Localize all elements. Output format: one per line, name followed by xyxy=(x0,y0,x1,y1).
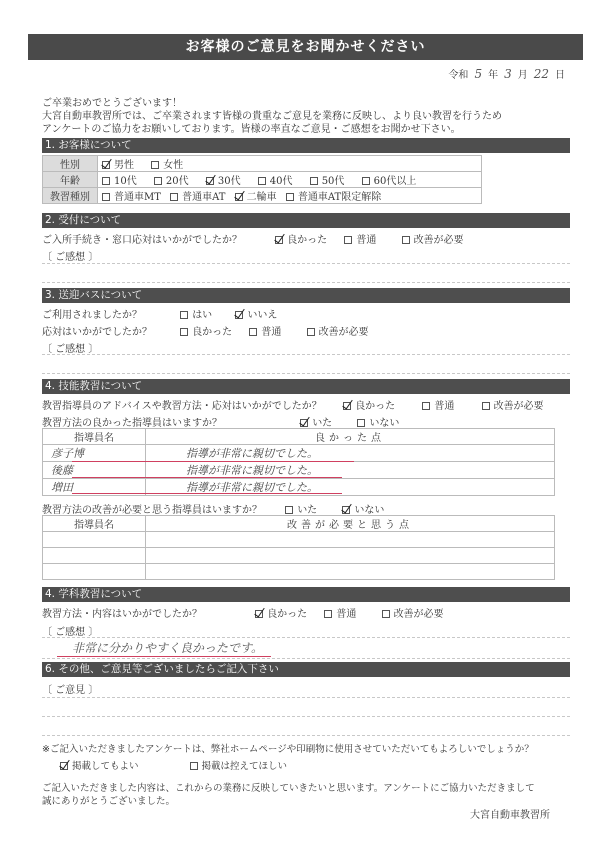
red-underline xyxy=(57,656,271,657)
comment-line[interactable] xyxy=(42,263,570,264)
red-underline xyxy=(72,461,354,462)
option-label: 良かった xyxy=(267,609,307,620)
option-label: 良かった xyxy=(287,235,327,246)
option-label: 改善が必要 xyxy=(494,401,544,412)
option-at[interactable]: 普通車AT xyxy=(170,188,225,203)
option-label: 男性 xyxy=(114,160,134,171)
option-label: 20代 xyxy=(166,176,189,187)
section-3-header: 3. 送迎バスについて xyxy=(42,288,570,303)
checkbox-icon[interactable] xyxy=(235,193,243,201)
customer-info-table: 性別 男性 女性 年齢 10代 20代 30代 40代 50代 60代以上 教習… xyxy=(42,155,482,204)
intro-line-3: アンケートのご協力をお願いしております。皆様の率直なご意見・ご感想をお聞かせ下さ… xyxy=(42,123,572,136)
option-20s[interactable]: 20代 xyxy=(154,172,189,187)
date-month-input[interactable]: 3 xyxy=(504,67,512,81)
question-text: 応対はいかがでしたか？ xyxy=(42,323,177,338)
option-good[interactable]: 良かった xyxy=(275,231,327,246)
section-4-header: 4. 技能教習について xyxy=(42,379,570,394)
option-label: 改善が必要 xyxy=(394,609,444,620)
comment-line[interactable] xyxy=(42,373,570,374)
option-no[interactable]: いいえ xyxy=(235,306,277,321)
option-normal[interactable]: 普通 xyxy=(324,605,356,620)
option-female[interactable]: 女性 xyxy=(151,156,183,171)
option-yes[interactable]: いた xyxy=(285,501,317,516)
option-label: 良かった xyxy=(192,327,232,338)
classroom-question: 教習方法・内容はいかがでしたか？ 良かった 普通 改善が必要 xyxy=(42,605,458,620)
date-month-unit: 月 xyxy=(518,66,528,81)
date-day-input[interactable]: 22 xyxy=(534,67,549,81)
checkbox-icon[interactable] xyxy=(285,506,293,514)
date-year-input[interactable]: 5 xyxy=(474,67,482,81)
intro-text: ご卒業おめでとうございます！ 大宮自動車教習所では、ご卒業されます皆様の貴重なご… xyxy=(42,97,572,136)
option-deny-publish[interactable]: 掲載は控えてほしい xyxy=(190,758,288,772)
option-label: 普通車AT限定解除 xyxy=(298,192,381,203)
comment-line[interactable] xyxy=(42,697,570,698)
table-header-row: 指導員名 改善が必要と思う点 xyxy=(43,516,555,532)
option-30s[interactable]: 30代 xyxy=(206,172,241,187)
comment-label: 〔 ご意見 〕 xyxy=(42,681,98,696)
form-title: お客様のご意見をお聞かせください xyxy=(28,34,583,60)
table-row xyxy=(43,532,555,548)
option-good[interactable]: 良かった xyxy=(343,397,395,412)
option-allow-publish[interactable]: 掲載してもよい xyxy=(60,758,139,772)
instructor-name-header: 指導員名 xyxy=(43,429,146,445)
option-needs-improvement[interactable]: 改善が必要 xyxy=(482,397,544,412)
section-1-header: 1. お客様について xyxy=(42,138,570,153)
comment-label: 〔 ご感想 〕 xyxy=(42,248,98,263)
option-label: 二輪車 xyxy=(247,192,277,203)
checkbox-icon[interactable] xyxy=(344,236,352,244)
option-label: 改善が必要 xyxy=(319,327,369,338)
good-points-header: 良かった点 xyxy=(146,429,555,445)
date-field: 令和 5 年 3 月 22 日 xyxy=(448,66,565,81)
checkbox-icon[interactable] xyxy=(402,236,410,244)
option-label: 50代 xyxy=(322,176,345,187)
option-label: 普通 xyxy=(336,609,356,620)
checkbox-icon[interactable] xyxy=(310,177,318,185)
intro-line-2: 大宮自動車教習所では、ご卒業されます皆様の貴重なご意見を業務に反映し、より良い教… xyxy=(42,110,572,123)
option-mt[interactable]: 普通車MT xyxy=(102,188,161,203)
comment-line[interactable] xyxy=(42,354,570,355)
publish-options: 掲載してもよい 掲載は控えてほしい xyxy=(60,758,301,772)
option-label: 60代以上 xyxy=(374,176,417,187)
table-row xyxy=(43,564,555,580)
course-type-label: 教習種別 xyxy=(43,188,98,204)
option-needs-improvement[interactable]: 改善が必要 xyxy=(382,605,444,620)
option-good[interactable]: 良かった xyxy=(180,323,232,338)
question-text: ご入所手続き・窓口応対はいかがでしたか？ xyxy=(42,231,272,246)
checkbox-icon[interactable] xyxy=(258,177,266,185)
instructor-name-cell[interactable]: 彦子博 xyxy=(43,445,146,462)
good-point-cell[interactable]: 指導が非常に親切でした。 xyxy=(146,445,555,462)
option-label: 掲載してもよい xyxy=(72,761,139,772)
instructor-name-cell[interactable] xyxy=(43,548,146,564)
section-6-header: 6. その他、ご意見等ございましたらご記入下さい xyxy=(42,662,570,677)
checkbox-icon[interactable] xyxy=(286,193,294,201)
checkbox-icon[interactable] xyxy=(60,762,68,770)
checkbox-icon[interactable] xyxy=(249,328,257,336)
checkbox-icon[interactable] xyxy=(255,610,263,618)
date-year-unit: 年 xyxy=(488,66,498,81)
checkbox-icon[interactable] xyxy=(307,328,315,336)
option-label: 普通車MT xyxy=(114,192,161,203)
option-good[interactable]: 良かった xyxy=(255,605,307,620)
option-label: 改善が必要 xyxy=(414,235,464,246)
improvement-point-cell[interactable] xyxy=(146,564,555,580)
option-normal[interactable]: 普通 xyxy=(422,397,454,412)
checkbox-icon[interactable] xyxy=(206,177,214,185)
bad-instructor-table: 指導員名 改善が必要と思う点 xyxy=(42,515,555,580)
comment-line[interactable] xyxy=(42,735,570,736)
checkbox-icon[interactable] xyxy=(324,610,332,618)
option-label: はい xyxy=(192,310,212,321)
comment-line[interactable] xyxy=(42,282,570,283)
thanks-line-2: 誠にありがとうございました。 xyxy=(42,795,535,808)
instructor-name-cell[interactable]: 後藤 xyxy=(43,462,146,479)
section-2-header: 2. 受付について xyxy=(42,213,570,228)
publish-question: ※ご記入いただきましたアンケートは、弊社ホームページや印刷物に使用させていただい… xyxy=(42,743,534,756)
good-instructor-table: 指導員名 良かった点 彦子博 指導が非常に親切でした。 後藤 指導が非常に親切で… xyxy=(42,428,555,496)
instructor-advice-question: 教習指導員のアドバイスや教習方法・応対はいかがでしたか？ 良かった 普通 改善が… xyxy=(42,397,558,412)
checkbox-icon[interactable] xyxy=(154,177,162,185)
improvement-point-cell[interactable] xyxy=(146,548,555,564)
option-label: 40代 xyxy=(270,176,293,187)
option-normal[interactable]: 普通 xyxy=(344,231,376,246)
option-label: 掲載は控えてほしい xyxy=(202,761,288,772)
option-label: 普通 xyxy=(261,327,281,338)
classroom-comment[interactable]: 非常に分かりやすく良かったです。 xyxy=(72,639,263,656)
option-label: 10代 xyxy=(114,176,137,187)
checkbox-icon[interactable] xyxy=(170,193,178,201)
good-point-cell[interactable]: 指導が非常に親切でした。 xyxy=(146,462,555,479)
question-text: 教習方法・内容はいかがでしたか？ xyxy=(42,605,252,620)
option-yes[interactable]: いた xyxy=(300,414,332,429)
question-text: 教習方法の良かった指導員はいますか？ xyxy=(42,414,297,429)
checkbox-icon[interactable] xyxy=(151,161,159,169)
good-instructor-question: 教習方法の良かった指導員はいますか？ いた いない xyxy=(42,414,413,429)
gender-label: 性別 xyxy=(43,156,98,172)
thanks-line-1: ご記入いただきました内容は、これからの業務に反映していきたいと思います。アンケー… xyxy=(42,782,535,795)
school-signature: 大宮自動車教習所 xyxy=(470,806,550,821)
checkbox-icon[interactable] xyxy=(102,177,110,185)
gender-row: 性別 男性 女性 xyxy=(43,156,482,172)
option-needs-improvement[interactable]: 改善が必要 xyxy=(402,231,464,246)
comment-line[interactable] xyxy=(42,637,570,638)
option-label: 良かった xyxy=(355,401,395,412)
option-50s[interactable]: 50代 xyxy=(310,172,345,187)
option-60s-plus[interactable]: 60代以上 xyxy=(362,172,417,187)
option-normal[interactable]: 普通 xyxy=(249,323,281,338)
checkbox-icon[interactable] xyxy=(482,402,490,410)
checkbox-icon[interactable] xyxy=(382,610,390,618)
improvement-points-header: 改善が必要と思う点 xyxy=(146,516,555,532)
age-row: 年齢 10代 20代 30代 40代 50代 60代以上 xyxy=(43,172,482,188)
question-text: 教習方法の改善が必要と思う指導員はいますか？ xyxy=(42,501,282,516)
question-text: ご利用されましたか？ xyxy=(42,306,177,321)
checkbox-icon[interactable] xyxy=(362,177,370,185)
checkbox-icon[interactable] xyxy=(102,193,110,201)
checkbox-icon[interactable] xyxy=(102,161,110,169)
instructor-name-header: 指導員名 xyxy=(43,516,146,532)
option-yes[interactable]: はい xyxy=(180,306,212,321)
course-type-row: 教習種別 普通車MT 普通車AT 二輪車 普通車AT限定解除 xyxy=(43,188,482,204)
option-motorcycle[interactable]: 二輪車 xyxy=(235,188,277,203)
table-row: 後藤 指導が非常に親切でした。 xyxy=(43,462,555,479)
option-label: 普通 xyxy=(434,401,454,412)
checkbox-icon[interactable] xyxy=(343,402,351,410)
checkbox-icon[interactable] xyxy=(235,311,243,319)
option-label: 普通車AT xyxy=(182,192,225,203)
bus-used-question: ご利用されましたか？ はい いいえ xyxy=(42,306,291,321)
comment-label: 〔 ご感想 〕 xyxy=(42,623,98,638)
option-no[interactable]: いない xyxy=(357,414,399,429)
checkbox-icon[interactable] xyxy=(180,328,188,336)
comment-label: 〔 ご感想 〕 xyxy=(42,340,98,355)
improvement-point-cell[interactable] xyxy=(146,532,555,548)
red-underline xyxy=(72,493,342,494)
instructor-name-cell[interactable] xyxy=(43,564,146,580)
option-label: 30代 xyxy=(218,176,241,187)
checkbox-icon[interactable] xyxy=(180,311,188,319)
checkbox-icon[interactable] xyxy=(300,419,308,427)
reception-question: ご入所手続き・窓口応対はいかがでしたか？ 良かった 普通 改善が必要 xyxy=(42,231,478,246)
comment-line[interactable] xyxy=(42,716,570,717)
bus-service-question: 応対はいかがでしたか？ 良かった 普通 改善が必要 xyxy=(42,323,383,338)
intro-line-1: ご卒業おめでとうございます！ xyxy=(42,97,572,110)
option-label: いいえ xyxy=(247,310,277,321)
comment-line[interactable] xyxy=(42,658,570,659)
red-underline xyxy=(72,477,342,478)
section-5-header: 4. 学科教習について xyxy=(42,587,570,602)
option-needs-improvement[interactable]: 改善が必要 xyxy=(307,323,369,338)
option-at-limit-release[interactable]: 普通車AT限定解除 xyxy=(286,188,381,203)
question-text: 教習指導員のアドバイスや教習方法・応対はいかがでしたか？ xyxy=(42,397,340,412)
checkbox-icon[interactable] xyxy=(190,762,198,770)
option-label: 女性 xyxy=(163,160,183,171)
option-40s[interactable]: 40代 xyxy=(258,172,293,187)
date-day-unit: 日 xyxy=(555,66,565,81)
checkbox-icon[interactable] xyxy=(357,419,365,427)
bad-instructor-question: 教習方法の改善が必要と思う指導員はいますか？ いた いない xyxy=(42,501,398,516)
table-row xyxy=(43,548,555,564)
checkbox-icon[interactable] xyxy=(422,402,430,410)
table-row: 彦子博 指導が非常に親切でした。 xyxy=(43,445,555,462)
option-male[interactable]: 男性 xyxy=(102,156,134,171)
age-label: 年齢 xyxy=(43,172,98,188)
checkbox-icon[interactable] xyxy=(342,506,350,514)
option-10s[interactable]: 10代 xyxy=(102,172,137,187)
date-era: 令和 xyxy=(448,66,468,81)
checkbox-icon[interactable] xyxy=(275,236,283,244)
table-header-row: 指導員名 良かった点 xyxy=(43,429,555,445)
instructor-name-cell[interactable] xyxy=(43,532,146,548)
option-label: 普通 xyxy=(356,235,376,246)
thanks-text: ご記入いただきました内容は、これからの業務に反映していきたいと思います。アンケー… xyxy=(42,782,535,808)
option-no[interactable]: いない xyxy=(342,501,384,516)
